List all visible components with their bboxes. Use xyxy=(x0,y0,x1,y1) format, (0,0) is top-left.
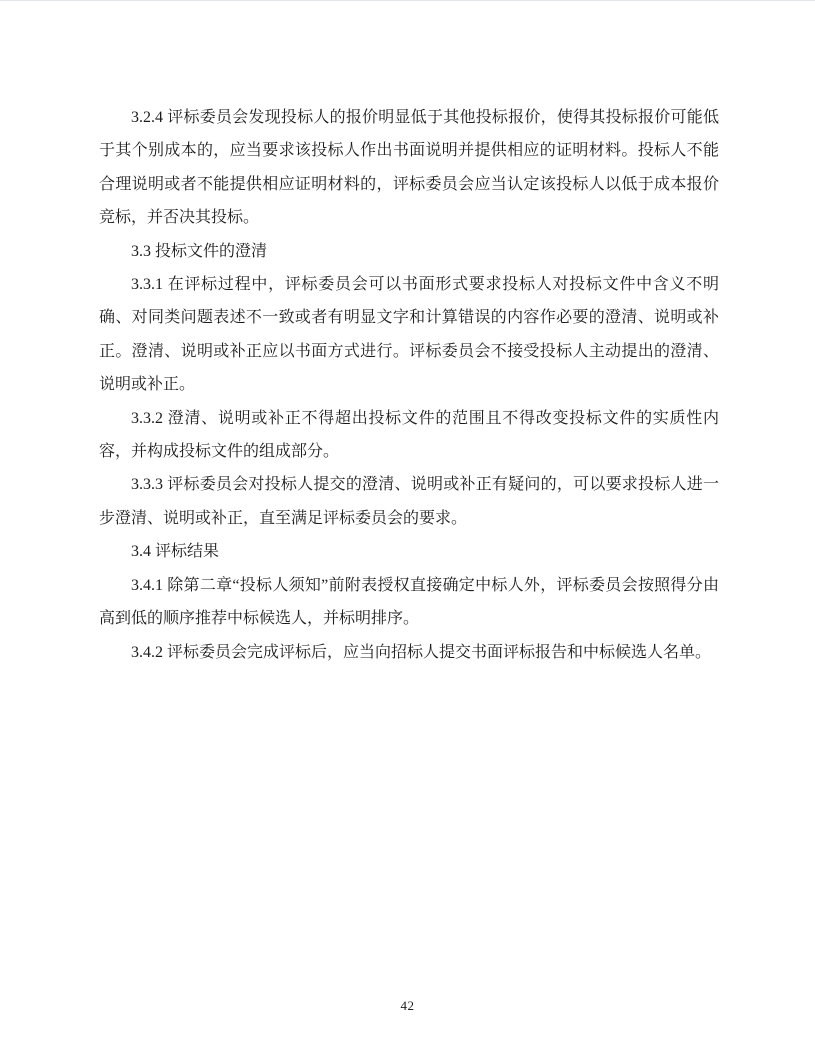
paragraph-3-4-2: 3.4.2 评标委员会完成评标后，应当向招标人提交书面评标报告和中标候选人名单。 xyxy=(99,636,719,669)
document-page: 3.2.4 评标委员会发现投标人的报价明显低于其他投标报价，使得其投标报价可能低… xyxy=(0,0,815,1055)
paragraph-3-3-2: 3.3.2 澄清、说明或补正不得超出投标文件的范围且不得改变投标文件的实质性内容… xyxy=(99,402,719,469)
document-body: 3.2.4 评标委员会发现投标人的报价明显低于其他投标报价，使得其投标报价可能低… xyxy=(99,101,719,669)
paragraph-3-3-1: 3.3.1 在评标过程中，评标委员会可以书面形式要求投标人对投标文件中含义不明确… xyxy=(99,268,719,402)
section-heading-3-4: 3.4 评标结果 xyxy=(99,535,719,568)
paragraph-3-4-1: 3.4.1 除第二章“投标人须知”前附表授权直接确定中标人外，评标委员会按照得分… xyxy=(99,569,719,636)
paragraph-3-2-4: 3.2.4 评标委员会发现投标人的报价明显低于其他投标报价，使得其投标报价可能低… xyxy=(99,101,719,235)
page-number: 42 xyxy=(0,998,815,1014)
paragraph-3-3-3: 3.3.3 评标委员会对投标人提交的澄清、说明或补正有疑问的，可以要求投标人进一… xyxy=(99,468,719,535)
section-heading-3-3: 3.3 投标文件的澄清 xyxy=(99,235,719,268)
